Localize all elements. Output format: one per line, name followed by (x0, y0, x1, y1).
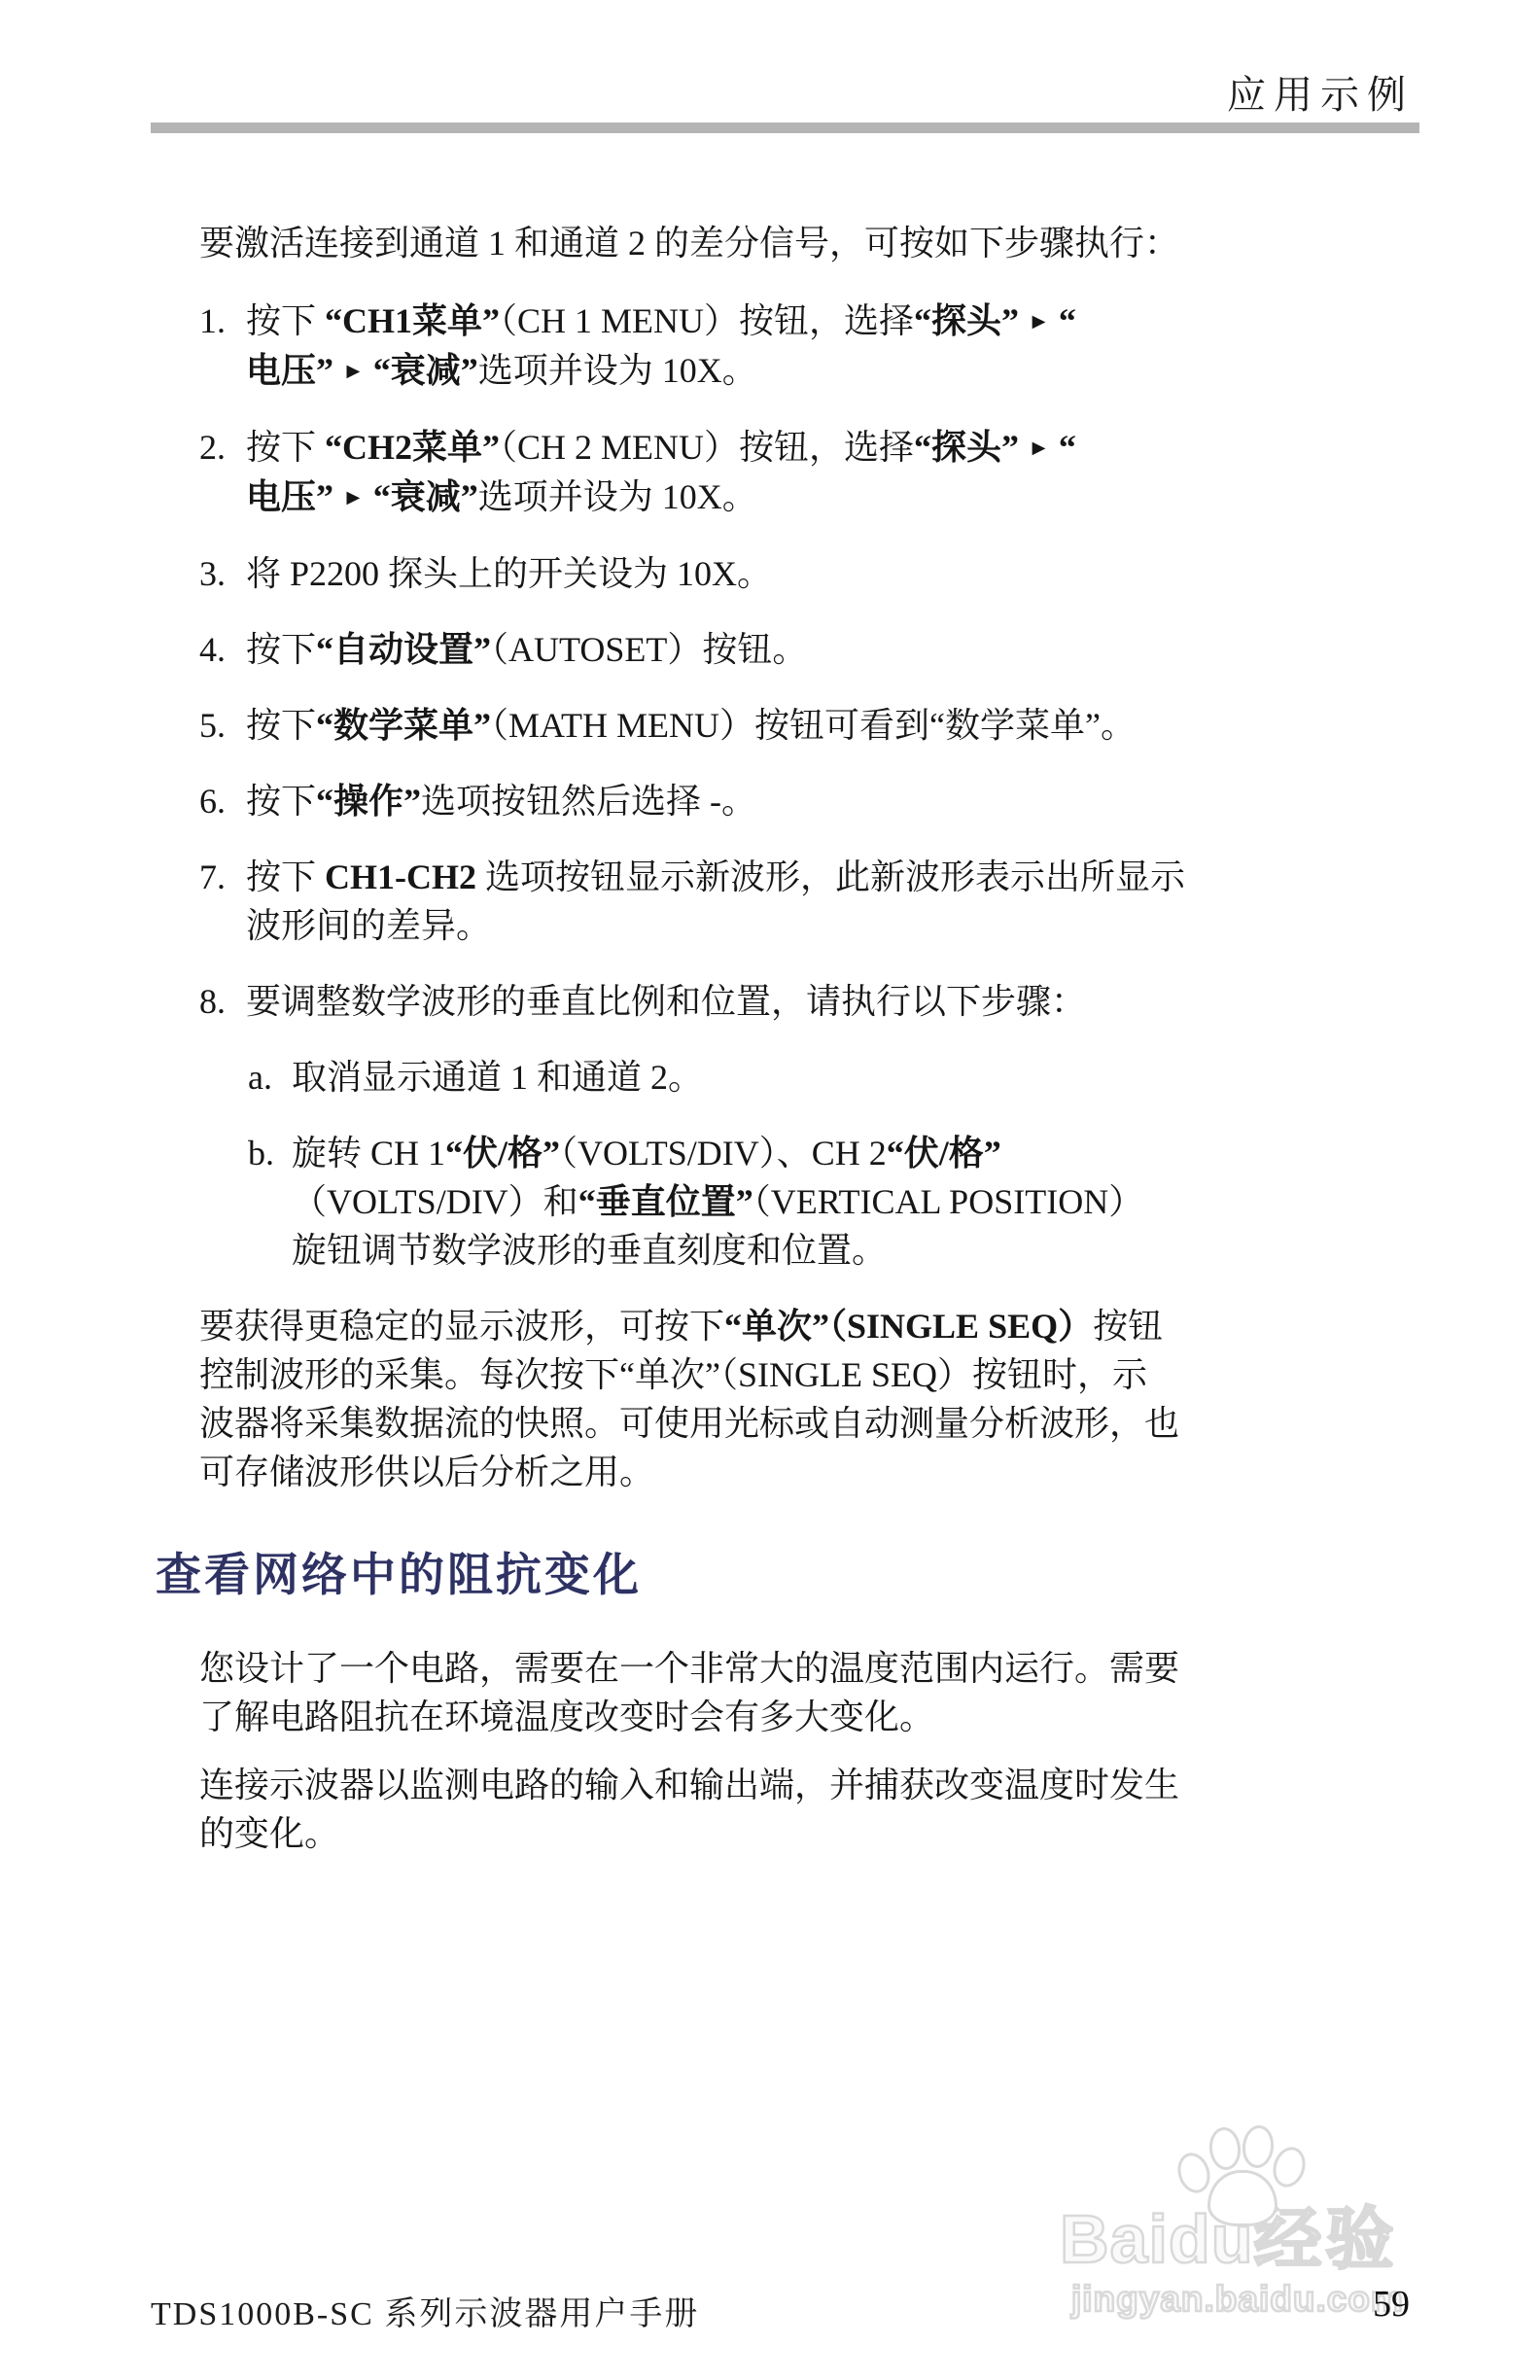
running-header: 应用示例 (1227, 64, 1414, 120)
substep-list: a. 取消显示通道 1 和通道 2。 b. 旋转 CH 1“伏/格”（VOLTS… (248, 1053, 1464, 1275)
watermark-url: jingyan.baidu.com (1071, 2277, 1487, 2322)
substep-text: 旋转 CH 1“伏/格”（VOLTS/DIV）、CH 2“伏/格” （VOLTS… (292, 1129, 1143, 1275)
step-text: 将 P2200 探头上的开关设为 10X。 (246, 549, 772, 598)
baidu-watermark: Baidu经验 jingyan.baidu.com (1060, 2119, 1487, 2322)
header-rule (151, 122, 1419, 133)
step-number: 5. (199, 701, 246, 750)
substep-b: b. 旋转 CH 1“伏/格”（VOLTS/DIV）、CH 2“伏/格” （VO… (248, 1129, 1464, 1275)
step-2: 2. 按下 “CH2菜单”（CH 2 MENU）按钮，选择“探头” ► “ 电压… (199, 423, 1464, 522)
substep-a: a. 取消显示通道 1 和通道 2。 (248, 1053, 1464, 1102)
substep-letter: a. (248, 1053, 292, 1102)
baidu-paw-icon (1176, 2119, 1322, 2217)
closing-paragraph: 要获得更稳定的显示波形，可按下“单次”（SINGLE SEQ）按钮 控制波形的采… (199, 1302, 1464, 1496)
step-6: 6. 按下“操作”选项按钮然后选择 -。 (199, 777, 1464, 825)
step-number: 8. (199, 977, 246, 1026)
step-text: 按下 CH1-CH2 选项按钮显示新波形，此新波形表示出所显示 波形间的差异。 (246, 853, 1185, 950)
step-text: 按下 “CH2菜单”（CH 2 MENU）按钮，选择“探头” ► “ 电压” ►… (246, 423, 1076, 522)
step-text: 要调整数学波形的垂直比例和位置，请执行以下步骤： (246, 977, 1086, 1026)
step-text: 按下“自动设置”（AUTOSET）按钮。 (246, 625, 807, 674)
step-number: 2. (199, 423, 246, 522)
manual-page: 应用示例 要激活连接到通道 1 和通道 2 的差分信号，可按如下步骤执行： 1.… (0, 0, 1540, 2380)
section-title: 查看网络中的阻抗变化 (156, 1545, 1464, 1605)
step-text: 按下“操作”选项按钮然后选择 -。 (246, 777, 756, 825)
substep-letter: b. (248, 1129, 292, 1275)
step-text: 按下 “CH1菜单”（CH 1 MENU）按钮，选择“探头” ► “ 电压” ►… (246, 297, 1076, 396)
page-number: 59 (1373, 2283, 1410, 2326)
step-4: 4. 按下“自动设置”（AUTOSET）按钮。 (199, 625, 1464, 674)
step-8: 8. 要调整数学波形的垂直比例和位置，请执行以下步骤： (199, 977, 1464, 1026)
step-5: 5. 按下“数学菜单”（MATH MENU）按钮可看到“数学菜单”。 (199, 701, 1464, 750)
step-number: 6. (199, 777, 246, 825)
page-body: 要激活连接到通道 1 和通道 2 的差分信号，可按如下步骤执行： 1. 按下 “… (199, 219, 1464, 1877)
section-paragraph-2: 连接示波器以监测电路的输入和输出端，并捕获改变温度时发生 的变化。 (199, 1761, 1464, 1858)
intro-paragraph: 要激活连接到通道 1 和通道 2 的差分信号，可按如下步骤执行： (199, 219, 1464, 267)
step-text: 按下“数学菜单”（MATH MENU）按钮可看到“数学菜单”。 (246, 701, 1136, 750)
section-paragraph-1: 您设计了一个电路，需要在一个非常大的温度范围内运行。需要 了解电路阻抗在环境温度… (199, 1644, 1464, 1741)
footer-manual-title: TDS1000B-SC 系列示波器用户手册 (151, 2287, 699, 2334)
substep-text: 取消显示通道 1 和通道 2。 (292, 1053, 703, 1102)
step-1: 1. 按下 “CH1菜单”（CH 1 MENU）按钮，选择“探头” ► “ 电压… (199, 297, 1464, 396)
step-7: 7. 按下 CH1-CH2 选项按钮显示新波形，此新波形表示出所显示 波形间的差… (199, 853, 1464, 950)
step-number: 3. (199, 549, 246, 598)
step-3: 3. 将 P2200 探头上的开关设为 10X。 (199, 549, 1464, 598)
step-number: 4. (199, 625, 246, 674)
step-number: 1. (199, 297, 246, 396)
step-number: 7. (199, 853, 246, 950)
